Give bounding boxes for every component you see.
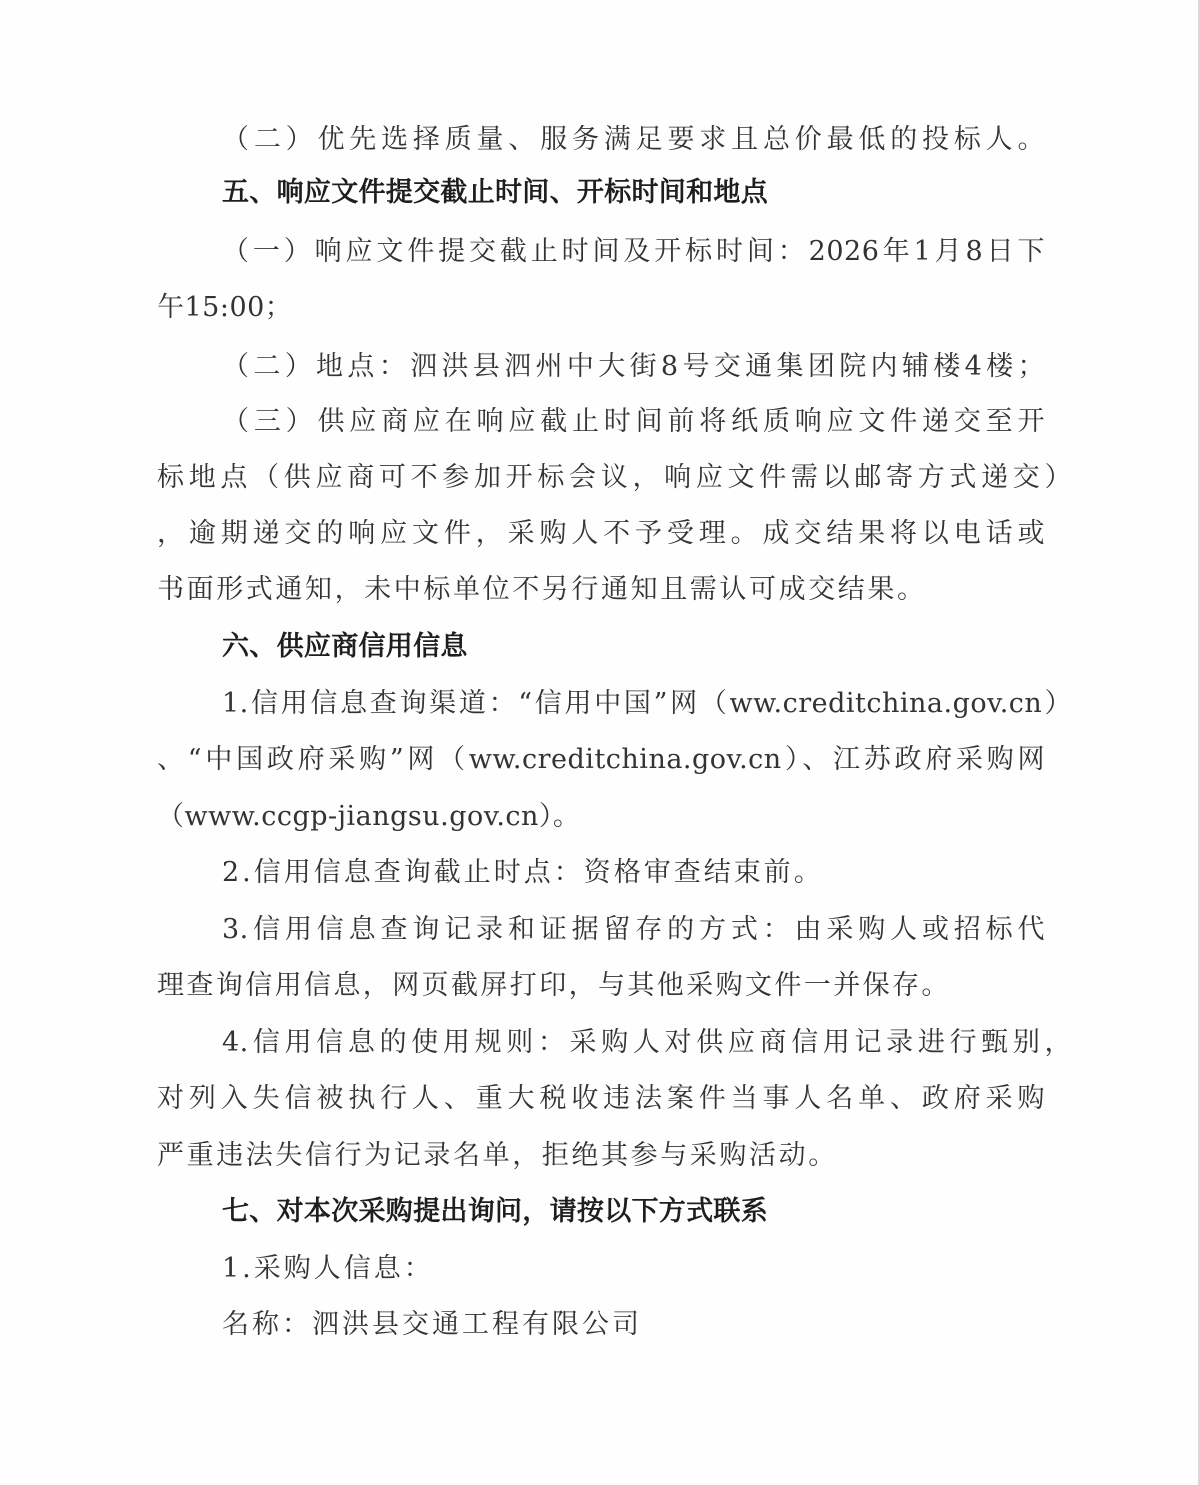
credit-item-2-deadline: 2.信用信息查询截止时点：资格审查结束前。 (222, 856, 824, 890)
item-3-submission-cont-1: 标地点（供应商可不参加开标会议，响应文件需以邮寄方式递交） (157, 461, 1072, 495)
credit-item-3-record-method: 3.信用信息查询记录和证据留存的方式：由采购人或招标代 (222, 913, 1045, 947)
item-1-deadline-time-cont: 午15:00； (157, 291, 292, 325)
item-1-deadline-time: （一）响应文件提交截止时间及开标时间：2026年1月8日下 (222, 235, 1045, 269)
section-6-heading: 六、供应商信用信息 (222, 630, 468, 664)
purchaser-info-label: 1.采购人信息： (222, 1252, 434, 1286)
item-3-submission-cont-2: ，逾期递交的响应文件，采购人不予受理。成交结果将以电话或 (157, 517, 1045, 551)
purchaser-name: 名称：泗洪县交通工程有限公司 (222, 1308, 642, 1342)
credit-item-1-channels-cont-2: （www.ccgp-jiangsu.gov.cn）。 (157, 800, 580, 834)
credit-item-4-usage-rules-cont-2: 严重违法失信行为记录名单，拒绝其参与采购活动。 (157, 1139, 838, 1173)
item-2-lowest-price-bidder: （二）优先选择质量、服务满足要求且总价最低的投标人。 (222, 123, 1045, 157)
item-2-location: （二）地点：泗洪县泗州中大街8号交通集团院内辅楼4楼； (222, 350, 1045, 384)
section-5-heading: 五、响应文件提交截止时间、开标时间和地点 (222, 176, 768, 210)
credit-item-4-usage-rules-cont-1: 对列入失信被执行人、重大税收违法案件当事人名单、政府采购 (157, 1082, 1045, 1116)
item-3-submission: （三）供应商应在响应截止时间前将纸质响应文件递交至开 (222, 405, 1045, 439)
credit-item-1-channels: 1.信用信息查询渠道：“信用中国”网（ww.creditchina.gov.cn… (222, 687, 1072, 721)
item-3-submission-cont-3: 书面形式通知，未中标单位不另行通知且需认可成交结果。 (157, 573, 927, 607)
credit-item-4-usage-rules: 4.信用信息的使用规则：采购人对供应商信用记录进行甄别， (222, 1026, 1072, 1060)
credit-item-1-channels-cont-1: 、“中国政府采购”网（ww.creditchina.gov.cn）、江苏政府采购… (157, 743, 1045, 777)
credit-item-3-record-method-cont: 理查询信用信息，网页截屏打印，与其他采购文件一并保存。 (157, 969, 951, 1003)
section-7-heading: 七、对本次采购提出询问，请按以下方式联系 (222, 1195, 768, 1229)
